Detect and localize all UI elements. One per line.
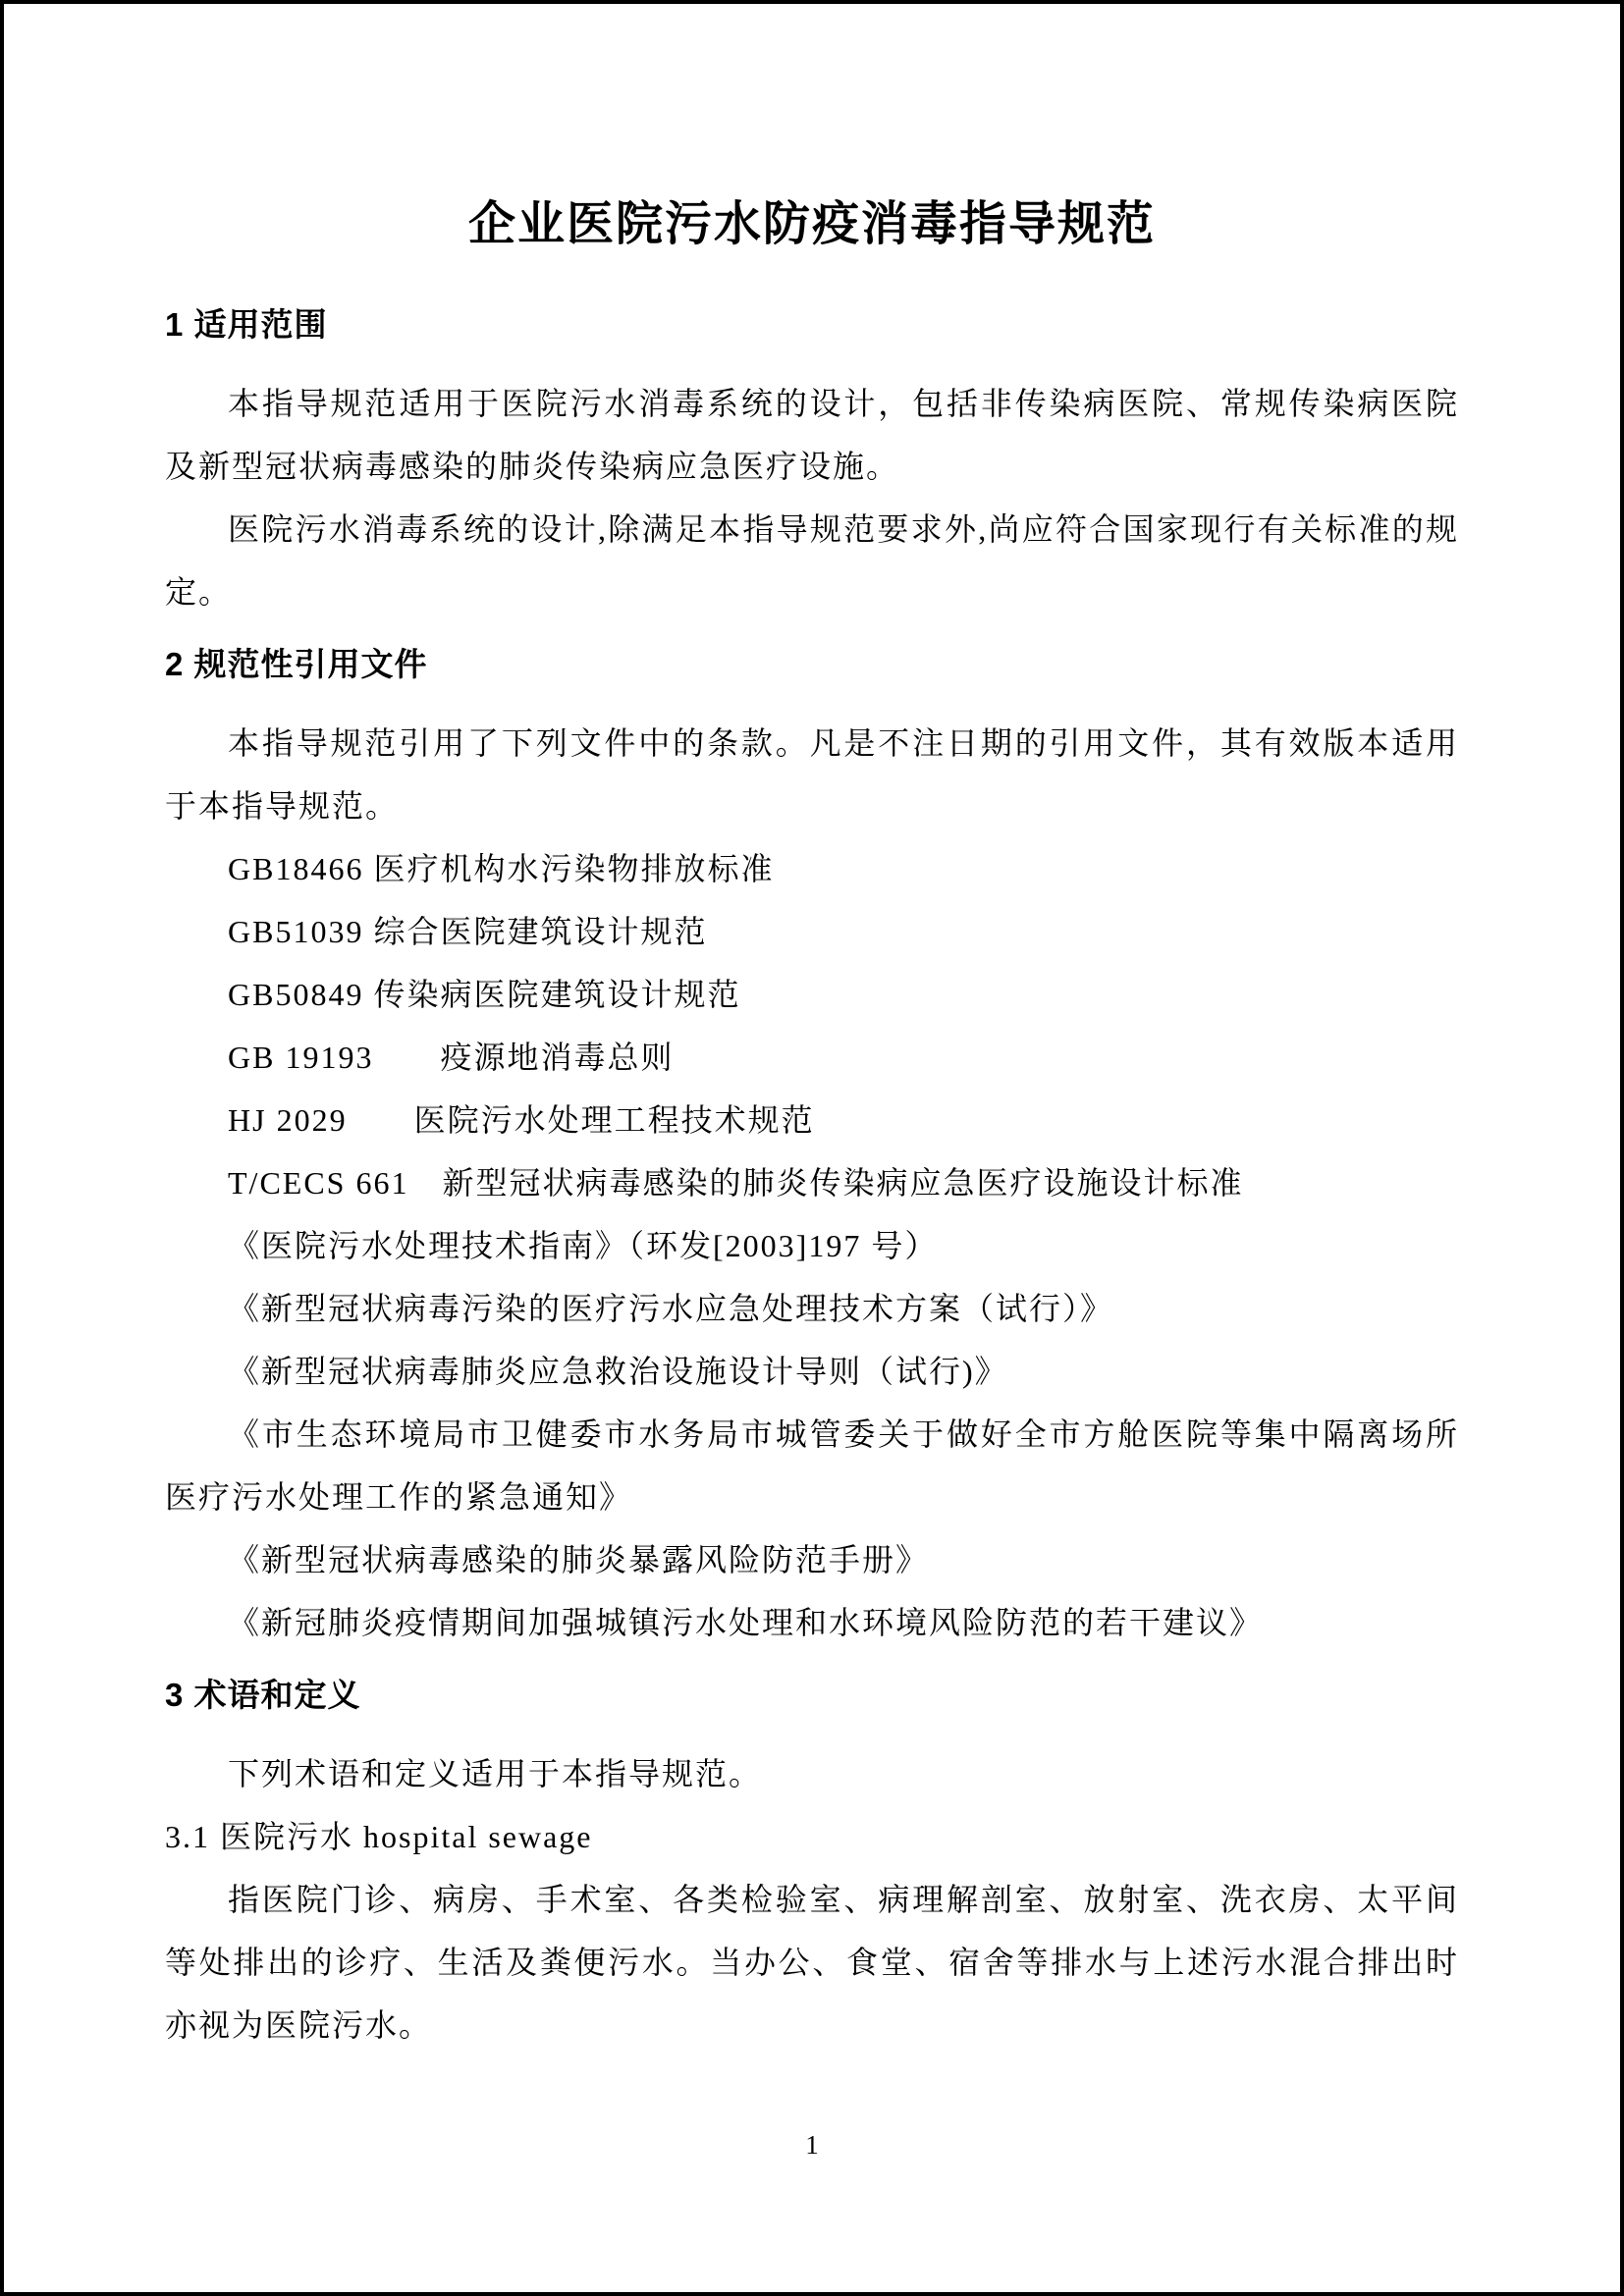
page-number: 1 bbox=[4, 2129, 1620, 2161]
term-3-1-heading: 3.1 医院污水 hospital sewage bbox=[165, 1805, 1459, 1868]
reference-item: T/CECS 661 新型冠状病毒感染的肺炎传染病应急医疗设施设计标准 bbox=[165, 1151, 1459, 1214]
section-2-heading: 2 规范性引用文件 bbox=[165, 642, 1459, 687]
term-3-1-definition: 指医院门诊、病房、手术室、各类检验室、病理解剖室、放射室、洗衣房、太平间等处排出… bbox=[165, 1868, 1459, 2056]
reference-item: GB18466 医疗机构水污染物排放标准 bbox=[165, 837, 1459, 900]
section-3-heading: 3 术语和定义 bbox=[165, 1673, 1459, 1718]
section-3-intro: 下列术语和定义适用于本指导规范。 bbox=[165, 1742, 1459, 1805]
section-1-paragraph-2: 医院污水消毒系统的设计,除满足本指导规范要求外,尚应符合国家现行有关标准的规定。 bbox=[165, 498, 1459, 623]
reference-item: 《医院污水处理技术指南》（环发[2003]197 号） bbox=[165, 1214, 1459, 1277]
reference-item: 《新型冠状病毒污染的医疗污水应急处理技术方案（试行）》 bbox=[165, 1277, 1459, 1340]
reference-list: GB18466 医疗机构水污染物排放标准GB51039 综合医院建筑设计规范GB… bbox=[165, 837, 1459, 1654]
section-1-heading: 1 适用范围 bbox=[165, 302, 1459, 347]
document-page: 企业医院污水防疫消毒指导规范 1 适用范围 本指导规范适用于医院污水消毒系统的设… bbox=[0, 0, 1624, 2296]
reference-item: 《新型冠状病毒感染的肺炎暴露风险防范手册》 bbox=[165, 1528, 1459, 1591]
reference-item: HJ 2029 医院污水处理工程技术规范 bbox=[165, 1089, 1459, 1151]
reference-item: 《市生态环境局市卫健委市水务局市城管委关于做好全市方舱医院等集中隔离场所医疗污水… bbox=[165, 1403, 1459, 1528]
reference-item: GB 19193 疫源地消毒总则 bbox=[165, 1026, 1459, 1089]
section-1-paragraph-1: 本指导规范适用于医院污水消毒系统的设计，包括非传染病医院、常规传染病医院及新型冠… bbox=[165, 372, 1459, 498]
reference-item: 《新冠肺炎疫情期间加强城镇污水处理和水环境风险防范的若干建议》 bbox=[165, 1591, 1459, 1654]
reference-item: GB51039 综合医院建筑设计规范 bbox=[165, 900, 1459, 963]
reference-item: 《新型冠状病毒肺炎应急救治设施设计导则（试行)》 bbox=[165, 1340, 1459, 1403]
reference-item: GB50849 传染病医院建筑设计规范 bbox=[165, 963, 1459, 1026]
section-2-intro: 本指导规范引用了下列文件中的条款。凡是不注日期的引用文件，其有效版本适用于本指导… bbox=[165, 712, 1459, 837]
document-title: 企业医院污水防疫消毒指导规范 bbox=[165, 192, 1459, 257]
